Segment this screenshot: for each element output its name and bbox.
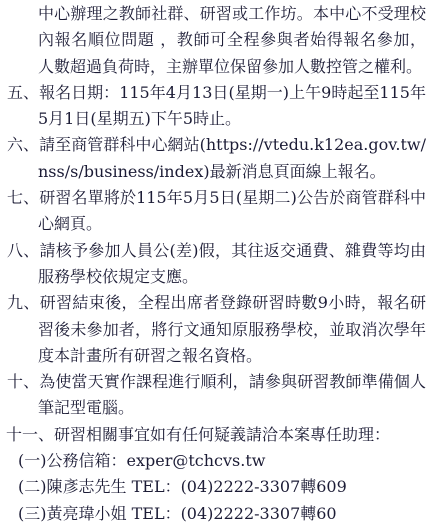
item-number: 十、 (7, 372, 39, 391)
sub-item-contact-2: (三)黃亮瑋小姐 TEL：(04)2222-3307轉60 (0, 501, 426, 523)
item-number: 六、 (7, 135, 39, 154)
item-text: 研習名單將於115年5月5日(星期二)公告於商管群科中心網頁。 (38, 188, 426, 233)
sub-item-number: (一) (18, 451, 47, 470)
sub-item-number: (二) (18, 477, 47, 496)
sub-item-number: (三) (18, 504, 47, 523)
list-item-6: 六、請至商管群科中心網站(https://vtedu.k12ea.gov.tw/… (0, 132, 426, 185)
item-number: 八、 (7, 241, 40, 260)
item-text: 為使當天實作課程進行順利，請參與研習教師準備個人筆記型電腦。 (38, 372, 426, 417)
item-number: 五、 (7, 83, 39, 102)
item-number: 七、 (7, 188, 39, 207)
list-item-10: 十、為使當天實作課程進行順利，請參與研習教師準備個人筆記型電腦。 (0, 369, 426, 422)
item-text: 研習結束後，全程出席者登錄研習時數9小時，報名研習後未參加者，將行文通知原服務學… (38, 293, 426, 365)
item-number: 九、 (7, 293, 40, 312)
item-text-with-url: 請至商管群科中心網站(https://vtedu.k12ea.gov.tw/ns… (38, 135, 426, 180)
sub-item-text-phone: 陳彥志先生 TEL：(04)2222-3307轉609 (47, 477, 347, 496)
paragraph-item4-continuation: 中心辦理之教師社群、研習或工作坊。本中心不受理校內報名順位問題 ，教師可全程參與… (0, 1, 426, 80)
sub-item-text-phone: 黃亮瑋小姐 TEL：(04)2222-3307轉60 (47, 504, 337, 523)
list-item-9: 九、研習結束後，全程出席者登錄研習時數9小時，報名研習後未參加者，將行文通知原服… (0, 290, 426, 369)
item-text: 研習相關事宜如有任何疑義請洽本案專任助理： (54, 425, 390, 444)
item-text: 請核予參加人員公(差)假，其往返交通費、雜費等均由服務學校依規定支應。 (38, 241, 426, 286)
list-item-8: 八、請核予參加人員公(差)假，其往返交通費、雜費等均由服務學校依規定支應。 (0, 238, 426, 291)
list-item-5: 五、報名日期：115年4月13日(星期一)上午9時起至115年5月1日(星期五)… (0, 80, 426, 133)
list-item-11: 十一、研習相關事宜如有任何疑義請洽本案專任助理： (0, 422, 426, 448)
sub-item-text-email: 公務信箱：exper@tchcvs.tw (47, 451, 266, 470)
item-number: 十一、 (6, 425, 54, 444)
document-page: 中心辦理之教師社群、研習或工作坊。本中心不受理校內報名順位問題 ，教師可全程參與… (0, 0, 428, 523)
item-text: 報名日期：115年4月13日(星期一)上午9時起至115年5月1日(星期五)下午… (38, 83, 426, 128)
paragraph-text: 中心辦理之教師社群、研習或工作坊。本中心不受理校內報名順位問題 ，教師可全程參與… (38, 4, 426, 76)
sub-item-email: (一)公務信箱：exper@tchcvs.tw (0, 448, 426, 474)
sub-item-contact-1: (二)陳彥志先生 TEL：(04)2222-3307轉609 (0, 474, 426, 500)
list-item-7: 七、研習名單將於115年5月5日(星期二)公告於商管群科中心網頁。 (0, 185, 426, 238)
